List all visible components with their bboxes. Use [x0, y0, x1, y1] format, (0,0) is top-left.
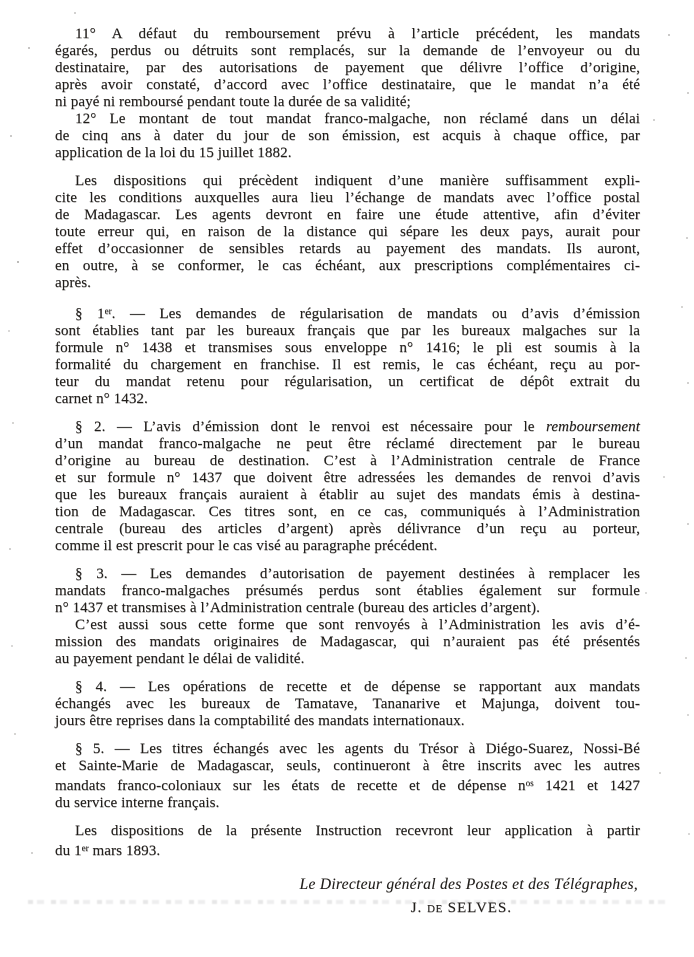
text-segment: § 2. — L’avis d’émission dont le renvoi …: [75, 419, 546, 435]
text-segment-sup: os: [526, 778, 534, 788]
text-segment: teur du mandat retenu pour régularisatio…: [55, 374, 640, 390]
text-segment: formule n° 1438 et transmises sous envel…: [55, 340, 640, 356]
text-segment: comme il est prescrit pour le cas visé a…: [55, 538, 437, 554]
text-line: centrale (bureau des articles d’argent) …: [55, 521, 640, 538]
text-segment: mission des mandats originaires de Madag…: [55, 634, 640, 650]
text-line: tion de Madagascar. Ces titres sont, en …: [55, 504, 640, 521]
article-11: 11° A défaut du remboursement prévu à l’…: [55, 26, 640, 111]
text-segment: application de la loi du 15 juillet 1882…: [55, 145, 292, 161]
signatory-role: Le Directeur général des Postes et des T…: [55, 873, 640, 896]
text-line: ni payé ni remboursé pendant toute la du…: [55, 94, 640, 111]
text-segment: du service interne français.: [55, 795, 219, 811]
signature-block: Le Directeur général des Postes et des T…: [55, 873, 640, 921]
text-segment: et Sainte-Marie de Madagascar, seuls, co…: [55, 758, 640, 774]
text-segment: Les dispositions qui précèdent indiquent…: [75, 173, 640, 189]
text-segment: n° 1437 et transmises à l’Administration…: [55, 600, 540, 616]
text-segment: échangés avec les bureaux de Tamatave, T…: [55, 696, 640, 712]
text-line: carnet n° 1432.: [55, 391, 640, 408]
text-line: au payement pendant le délai de validité…: [55, 651, 640, 668]
text-segment: effet d’occasionner de sensibles retards…: [55, 241, 640, 257]
text-line: sont établies tant par les bureaux franç…: [55, 323, 640, 340]
text-segment-sup: er: [82, 843, 89, 853]
text-line: C’est aussi sous cette forme que sont re…: [55, 617, 640, 634]
text-segment: . — Les demandes de régularisation de ma…: [112, 306, 640, 322]
section-1: § 1er. — Les demandes de régularisation …: [55, 303, 640, 408]
text-line: mandats franco-coloniaux sur les états d…: [55, 775, 640, 795]
text-line: mandats franco-malgaches présumés perdus…: [55, 583, 640, 600]
signatory-initial: J.: [411, 900, 423, 916]
text-segment: C’est aussi sous cette forme que sont re…: [75, 617, 640, 633]
text-segment: après.: [55, 275, 91, 291]
section-5: § 5. — Les titres échangés avec les agen…: [55, 741, 640, 812]
text-segment: sont établies tant par les bureaux franç…: [55, 323, 640, 339]
text-line: Les dispositions de la présente Instruct…: [55, 823, 640, 840]
text-segment: tion de Madagascar. Ces titres sont, en …: [55, 504, 640, 520]
text-line: du service interne français.: [55, 795, 640, 812]
text-segment: et sur formule n° 1437 que doivent être …: [55, 470, 640, 486]
text-line: du 1er mars 1893.: [55, 840, 640, 860]
text-line: jours être reprises dans la comptabilité…: [55, 713, 640, 730]
text-line: formalité du chargement en franchise. Il…: [55, 357, 640, 374]
text-line: et Sainte-Marie de Madagascar, seuls, co…: [55, 758, 640, 775]
text-line: mission des mandats originaires de Madag…: [55, 634, 640, 651]
text-segment: § 5. — Les titres échangés avec les agen…: [75, 741, 640, 757]
text-column: 11° A défaut du remboursement prévu à l’…: [55, 26, 640, 921]
text-line: destinataire, par des autorisations de p…: [55, 60, 640, 77]
text-segment: formalité du chargement en franchise. Il…: [55, 357, 640, 373]
scanned-document-page: 11° A défaut du remboursement prévu à l’…: [0, 0, 694, 957]
text-line: application de la loi du 15 juillet 1882…: [55, 145, 640, 162]
text-segment: carnet n° 1432.: [55, 391, 148, 407]
text-line: n° 1437 et transmises à l’Administration…: [55, 600, 640, 617]
text-segment: cite les conditions auxquelles aura lieu…: [55, 190, 640, 206]
text-segment-sup: er: [105, 306, 112, 316]
text-line: formule n° 1438 et transmises sous envel…: [55, 340, 640, 357]
text-segment: § 3. — Les demandes d’autorisation de pa…: [75, 566, 640, 582]
text-segment: d’origine au bureau de destination. C’es…: [55, 453, 640, 469]
text-segment: § 1: [75, 306, 105, 322]
text-line: § 1er. — Les demandes de régularisation …: [55, 303, 640, 323]
text-segment: d’un mandat franco-malgache ne peut être…: [55, 436, 640, 452]
document-body: 11° A défaut du remboursement prévu à l’…: [55, 26, 640, 860]
text-line: 12° Le montant de tout mandat franco-mal…: [55, 111, 640, 128]
text-segment: ni payé ni remboursé pendant toute la du…: [55, 94, 411, 110]
transition-paragraph: Les dispositions qui précèdent indiquent…: [55, 173, 640, 292]
text-segment: du 1: [55, 843, 82, 859]
text-line: § 2. — L’avis d’émission dont le renvoi …: [55, 419, 640, 436]
text-line: § 5. — Les titres échangés avec les agen…: [55, 741, 640, 758]
text-segment: § 4. — Les opérations de recette et de d…: [75, 679, 640, 695]
text-segment: 12° Le montant de tout mandat franco-mal…: [75, 111, 640, 127]
text-line: cite les conditions auxquelles aura lieu…: [55, 190, 640, 207]
text-line: de cinq ans à dater du jour de son émiss…: [55, 128, 640, 145]
text-line: que les bureaux français auraient à étab…: [55, 487, 640, 504]
text-line: d’origine au bureau de destination. C’es…: [55, 453, 640, 470]
text-segment-italic: remboursement: [546, 419, 640, 435]
text-segment: destinataire, par des autorisations de p…: [55, 60, 640, 76]
text-segment: 11° A défaut du remboursement prévu à l’…: [75, 26, 640, 42]
text-segment: 1421 et 1427: [534, 778, 640, 794]
text-line: échangés avec les bureaux de Tamatave, T…: [55, 696, 640, 713]
text-line: et sur formule n° 1437 que doivent être …: [55, 470, 640, 487]
text-segment: que les bureaux français auraient à étab…: [55, 487, 640, 503]
text-segment: en outre, à se conformer, le cas échéant…: [55, 258, 640, 274]
section-3: § 3. — Les demandes d’autorisation de pa…: [55, 566, 640, 617]
text-line: après avoir constaté, d’accord avec l’of…: [55, 77, 640, 94]
text-line: en outre, à se conformer, le cas échéant…: [55, 258, 640, 275]
article-12: 12° Le montant de tout mandat franco-mal…: [55, 111, 640, 162]
text-line: Les dispositions qui précèdent indiquent…: [55, 173, 640, 190]
text-line: après.: [55, 275, 640, 292]
text-segment: égarés, perdus ou détruits sont remplacé…: [55, 43, 640, 59]
text-segment: toute erreur qui, en raison de la distan…: [55, 224, 640, 240]
signatory-surname: SELVES.: [448, 900, 512, 916]
text-segment: jours être reprises dans la comptabilité…: [55, 713, 465, 729]
text-segment: mars 1893.: [89, 843, 161, 859]
text-line: toute erreur qui, en raison de la distan…: [55, 224, 640, 241]
closing-paragraph: Les dispositions de la présente Instruct…: [55, 823, 640, 860]
text-segment: Les dispositions de la présente Instruct…: [75, 823, 640, 839]
text-line: d’un mandat franco-malgache ne peut être…: [55, 436, 640, 453]
text-line: 11° A défaut du remboursement prévu à l’…: [55, 26, 640, 43]
text-segment: de cinq ans à dater du jour de son émiss…: [55, 128, 640, 144]
text-segment: après avoir constaté, d’accord avec l’of…: [55, 77, 640, 93]
text-segment: mandats franco-malgaches présumés perdus…: [55, 583, 640, 599]
section-2: § 2. — L’avis d’émission dont le renvoi …: [55, 419, 640, 555]
text-line: de Madagascar. Les agents devront en fai…: [55, 207, 640, 224]
scan-noise: [0, 0, 2, 2]
text-line: teur du mandat retenu pour régularisatio…: [55, 374, 640, 391]
section-3-continuation: C’est aussi sous cette forme que sont re…: [55, 617, 640, 668]
text-segment: au payement pendant le délai de validité…: [55, 651, 304, 667]
signatory-particle: DE: [427, 903, 443, 915]
text-line: § 4. — Les opérations de recette et de d…: [55, 679, 640, 696]
section-4: § 4. — Les opérations de recette et de d…: [55, 679, 640, 730]
text-segment: mandats franco-coloniaux sur les états d…: [55, 778, 526, 794]
text-segment: de Madagascar. Les agents devront en fai…: [55, 207, 640, 223]
text-segment: centrale (bureau des articles d’argent) …: [55, 521, 640, 537]
text-line: effet d’occasionner de sensibles retards…: [55, 241, 640, 258]
text-line: égarés, perdus ou détruits sont remplacé…: [55, 43, 640, 60]
signatory-name: J. DE SELVES.: [55, 896, 640, 921]
text-line: comme il est prescrit pour le cas visé a…: [55, 538, 640, 555]
text-line: § 3. — Les demandes d’autorisation de pa…: [55, 566, 640, 583]
